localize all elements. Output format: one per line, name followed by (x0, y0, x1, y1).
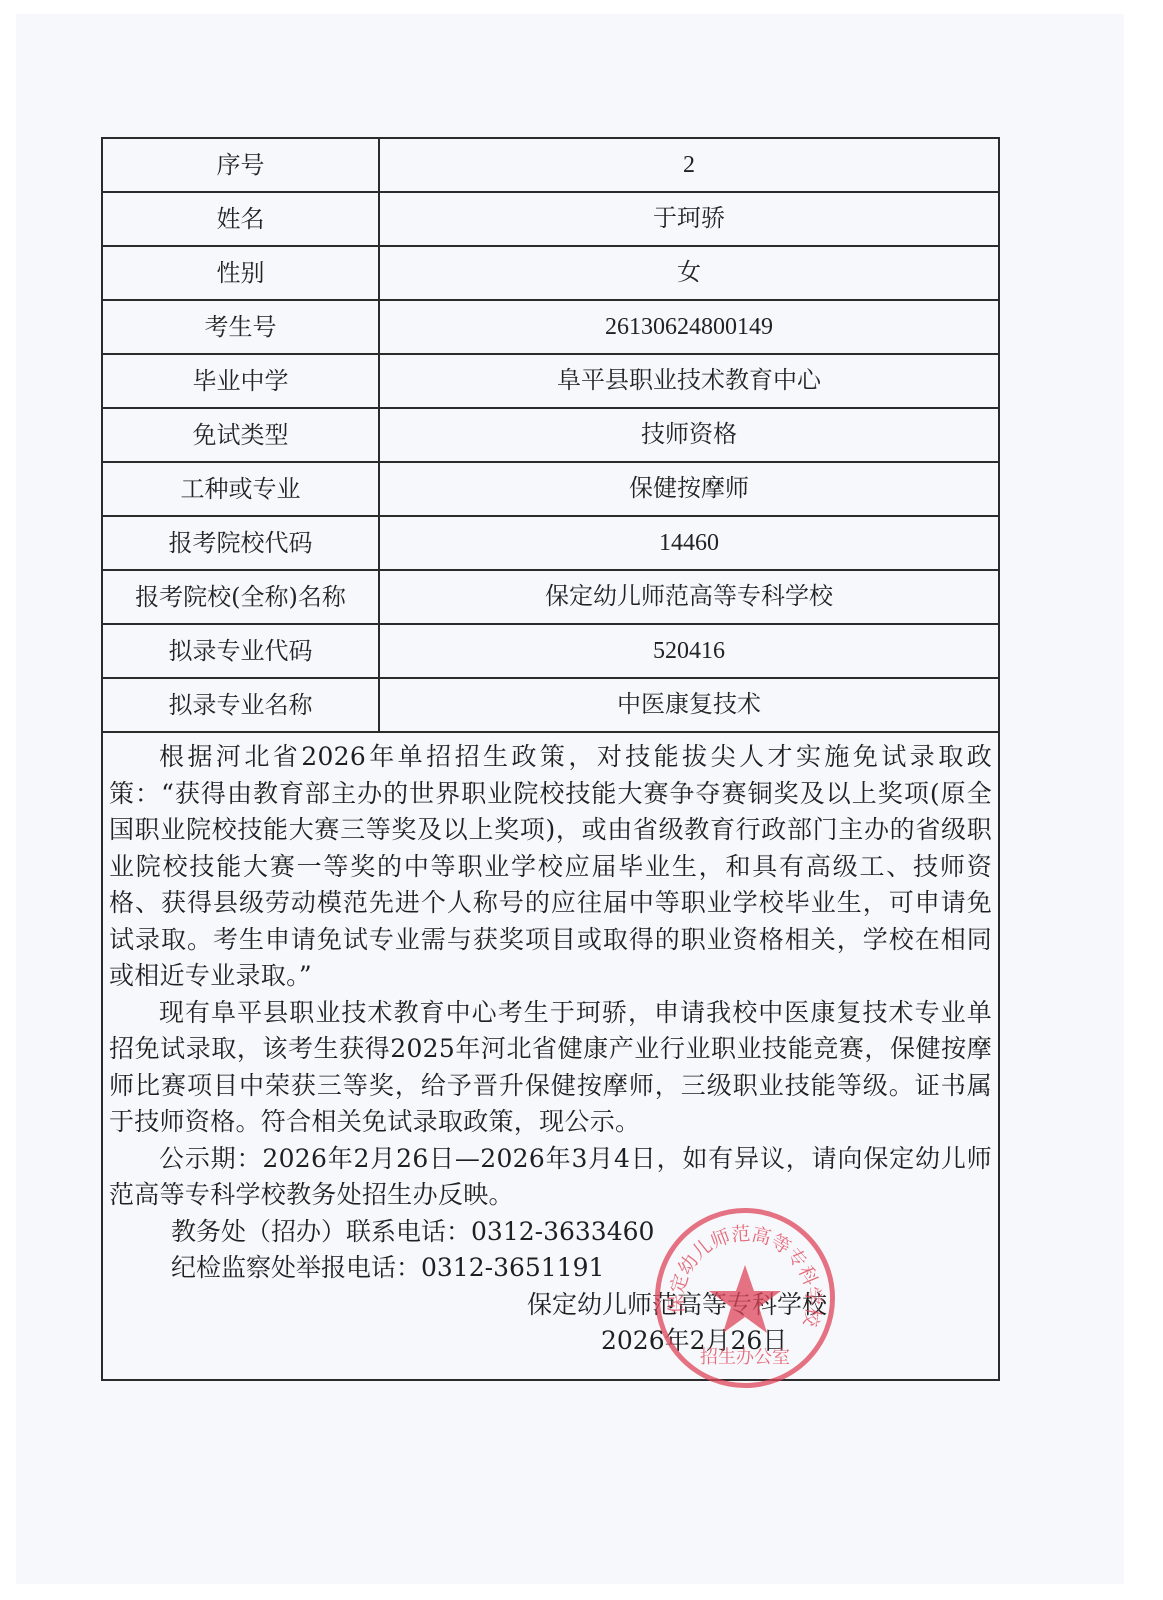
announcement-body: 根据河北省2026年单招招生政策，对技能拔尖人才实施免试录取政策：“获得由教育部… (102, 732, 999, 1380)
row-value: 保健按摩师 (379, 462, 999, 516)
signature-organization: 保定幼儿师范高等专科学校 (109, 1287, 992, 1323)
table-row-candidate-number: 考生号 26130624800149 (102, 300, 999, 354)
row-label: 姓名 (102, 192, 379, 246)
admissions-phone: 教务处（招办）联系电话：0312-3633460 (109, 1214, 992, 1251)
discipline-report-phone: 纪检监察处举报电话：0312-3651191 (109, 1250, 992, 1287)
table-row-exemption-type: 免试类型 技师资格 (102, 408, 999, 462)
case-paragraph: 现有阜平县职业技术教育中心考生于珂骄，申请我校中医康复技术专业单招免试录取，该考… (109, 995, 992, 1141)
table-row-gender: 性别 女 (102, 246, 999, 300)
row-label: 毕业中学 (102, 354, 379, 408)
row-label: 序号 (102, 138, 379, 192)
table-row-serial: 序号 2 (102, 138, 999, 192)
table-row-graduated-school: 毕业中学 阜平县职业技术教育中心 (102, 354, 999, 408)
row-value: 中医康复技术 (379, 678, 999, 732)
row-label: 工种或专业 (102, 462, 379, 516)
row-label: 拟录专业名称 (102, 678, 379, 732)
row-value: 2 (379, 138, 999, 192)
row-label: 报考院校(全称)名称 (102, 570, 379, 624)
row-value: 26130624800149 (379, 300, 999, 354)
table-row-school-code: 报考院校代码 14460 (102, 516, 999, 570)
row-value: 于珂骄 (379, 192, 999, 246)
row-value: 技师资格 (379, 408, 999, 462)
row-value: 女 (379, 246, 999, 300)
table-row-announcement: 根据河北省2026年单招招生政策，对技能拔尖人才实施免试录取政策：“获得由教育部… (102, 732, 999, 1380)
signature-date: 2026年2月26日 (109, 1323, 992, 1359)
publicity-period-paragraph: 公示期：2026年2月26日—2026年3月4日，如有异议，请向保定幼儿师范高等… (109, 1141, 992, 1214)
admission-info-table: 序号 2 姓名 于珂骄 性别 女 考生号 26130624800149 毕业中学… (101, 137, 1000, 1381)
row-value: 保定幼儿师范高等专科学校 (379, 570, 999, 624)
row-label: 免试类型 (102, 408, 379, 462)
row-label: 报考院校代码 (102, 516, 379, 570)
row-label: 拟录专业代码 (102, 624, 379, 678)
table-row-school-name: 报考院校(全称)名称 保定幼儿师范高等专科学校 (102, 570, 999, 624)
table-row-major-code: 拟录专业代码 520416 (102, 624, 999, 678)
row-value: 520416 (379, 624, 999, 678)
table-row-trade-or-major: 工种或专业 保健按摩师 (102, 462, 999, 516)
table-row-name: 姓名 于珂骄 (102, 192, 999, 246)
table-row-major-name: 拟录专业名称 中医康复技术 (102, 678, 999, 732)
policy-paragraph: 根据河北省2026年单招招生政策，对技能拔尖人才实施免试录取政策：“获得由教育部… (109, 739, 992, 995)
row-label: 性别 (102, 246, 379, 300)
row-value: 14460 (379, 516, 999, 570)
row-value: 阜平县职业技术教育中心 (379, 354, 999, 408)
row-label: 考生号 (102, 300, 379, 354)
